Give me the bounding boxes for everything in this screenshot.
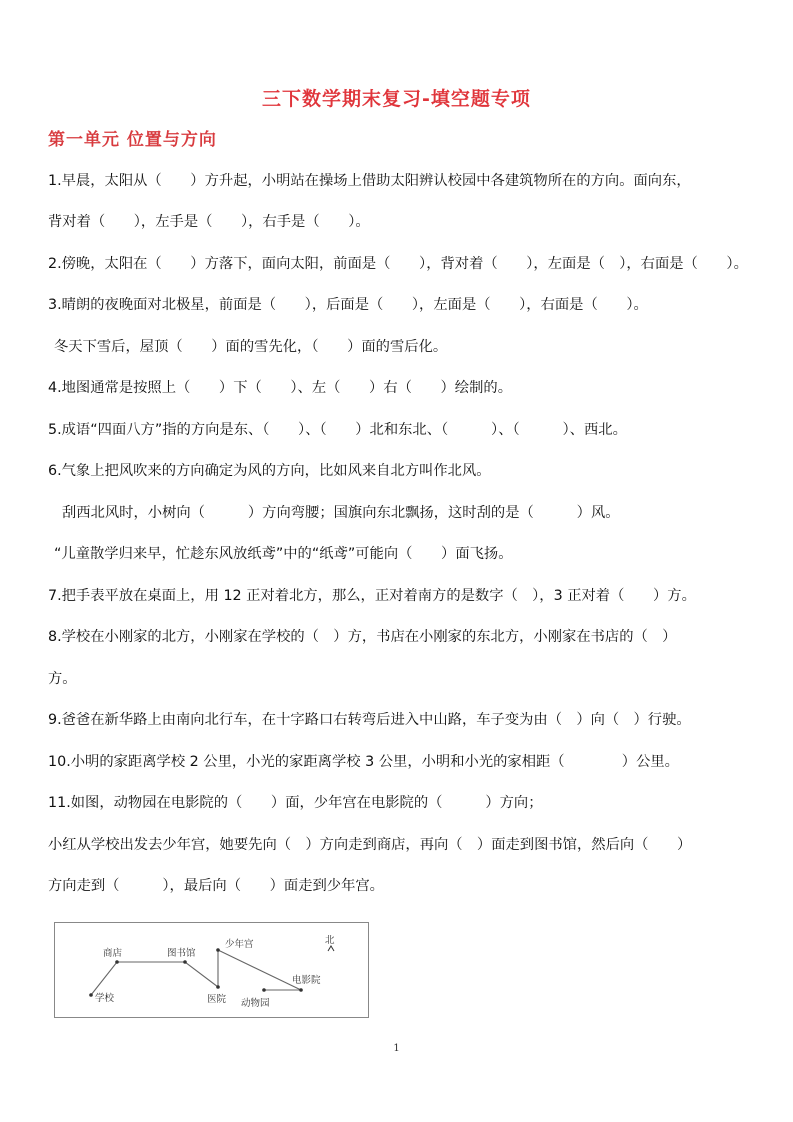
question-1-line-2: 背对着（ ），左手是（ ），右手是（ ）。 [48, 212, 370, 232]
school-label: 学校 [95, 992, 115, 1004]
north-label: 北 [325, 934, 335, 946]
question-6-sub-1: 刮西北风时，小树向（ ）方向弯腰；国旗向东北飘扬，这时刮的是（ ）风。 [62, 503, 620, 523]
zoo-label: 动物园 [241, 997, 270, 1009]
question-5: 5.成语“四面八方”指的方向是东、（ ）、（ ）北和东北、（ ）、（ ）、西北。 [48, 420, 627, 440]
library-point-icon [183, 960, 187, 964]
question-6: 6.气象上把风吹来的方向确定为风的方向，比如风来自北方叫作北风。 [48, 461, 491, 481]
shop-label: 商店 [103, 947, 123, 959]
question-11-line-1: 11.如图，动物园在电影院的（ ）面，少年宫在电影院的（ ）方向； [48, 793, 543, 813]
question-8-line-2: 方。 [48, 669, 77, 689]
question-9: 9.爸爸在新华路上由南向北行车，在十字路口右转弯后进入中山路，车子变为由（ ）向… [48, 710, 691, 730]
cinema-point-icon [299, 988, 303, 992]
question-8-line-1: 8.学校在小刚家的北方，小刚家在学校的（ ）方，书店在小刚家的东北方，小刚家在书… [48, 627, 676, 647]
library-label: 图书馆 [167, 947, 196, 959]
question-2: 2.傍晚，太阳在（ ）方落下，面向太阳，前面是（ ），背对着（ ），左面是（ ）… [48, 254, 748, 274]
question-11-line-2: 小红从学校出发去少年宫，她要先向（ ）方向走到商店，再向（ ）面走到图书馆，然后… [48, 835, 691, 855]
question-7: 7.把手表平放在桌面上，用 12 正对着北方，那么，正对着南方的是数字（ ），3… [48, 586, 696, 606]
question-6-sub-2: “儿童散学归来早，忙趁东风放纸鸢”中的“纸鸢”可能向（ ）面飞扬。 [54, 544, 513, 564]
page-number: 1 [0, 1043, 793, 1054]
youth-palace-label: 少年宫 [225, 938, 254, 950]
shop-point-icon [115, 960, 119, 964]
route-map-svg: 学校 商店 图书馆 医院 少年宫 电影院 动物园 北 [55, 923, 370, 1019]
question-3: 3.晴朗的夜晚面对北极星，前面是（ ），后面是（ ），左面是（ ），右面是（ ）… [48, 295, 648, 315]
route-map-figure: 学校 商店 图书馆 医院 少年宫 电影院 动物园 北 [54, 922, 369, 1018]
youth-palace-point-icon [216, 948, 220, 952]
hospital-point-icon [216, 985, 220, 989]
document-title: 三下数学期末复习-填空题专项 [0, 84, 793, 111]
route-path [91, 950, 301, 995]
question-4: 4.地图通常是按照上（ ）下（ ）、左（ ）右（ ）绘制的。 [48, 378, 512, 398]
school-point-icon [89, 993, 93, 997]
section-heading: 第一单元 位置与方向 [48, 125, 217, 150]
question-1-line-1: 1.早晨，太阳从（ ）方升起，小明站在操场上借助太阳辨认校园中各建筑物所在的方向… [48, 171, 691, 191]
cinema-label: 电影院 [292, 974, 321, 986]
north-arrow-icon [328, 946, 334, 951]
question-10: 10.小明的家距离学校 2 公里，小光的家距离学校 3 公里，小明和小光的家相距… [48, 752, 679, 772]
zoo-point-icon [262, 988, 266, 992]
question-11-line-3: 方向走到（ ），最后向（ ）面走到少年宫。 [48, 876, 384, 896]
hospital-label: 医院 [207, 993, 227, 1005]
question-3-sub: 冬天下雪后，屋顶（ ）面的雪先化，（ ）面的雪后化。 [54, 337, 447, 357]
